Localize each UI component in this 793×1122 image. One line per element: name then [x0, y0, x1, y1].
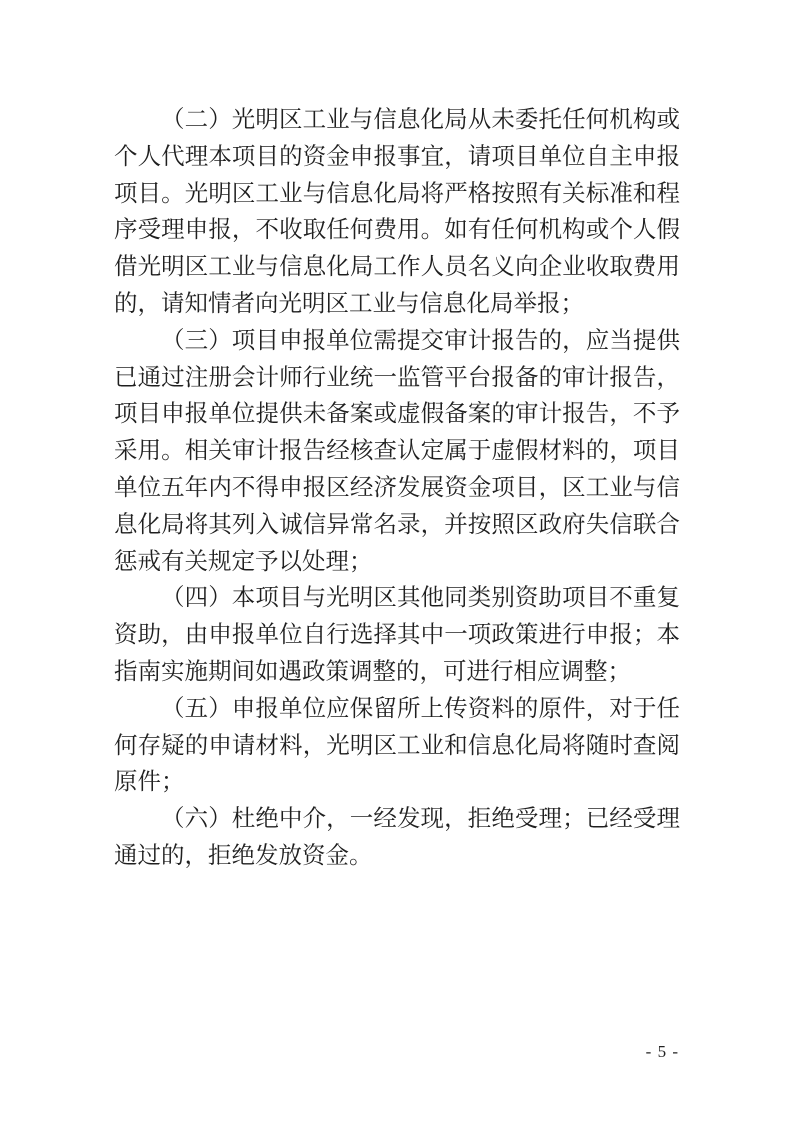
paragraph-item-5: （五）申报单位应保留所上传资料的原件，对于任何存疑的申请材料，光明区工业和信息化… [114, 690, 680, 800]
document-page: （二）光明区工业与信息化局从未委托任何机构或个人代理本项目的资金申报事宜，请项目… [0, 0, 793, 1122]
paragraph-item-6: （六）杜绝中介，一经发现，拒绝受理；已经受理通过的，拒绝发放资金。 [114, 800, 680, 874]
paragraph-item-4: （四）本项目与光明区其他同类别资助项目不重复资助，由申报单位自行选择其中一项政策… [114, 579, 680, 689]
paragraph-item-2: （二）光明区工业与信息化局从未委托任何机构或个人代理本项目的资金申报事宜，请项目… [114, 101, 680, 322]
page-number: - 5 - [646, 1041, 679, 1063]
document-body: （二）光明区工业与信息化局从未委托任何机构或个人代理本项目的资金申报事宜，请项目… [114, 101, 680, 874]
paragraph-item-3: （三）项目申报单位需提交审计报告的，应当提供已通过注册会计师行业统一监管平台报备… [114, 322, 680, 580]
